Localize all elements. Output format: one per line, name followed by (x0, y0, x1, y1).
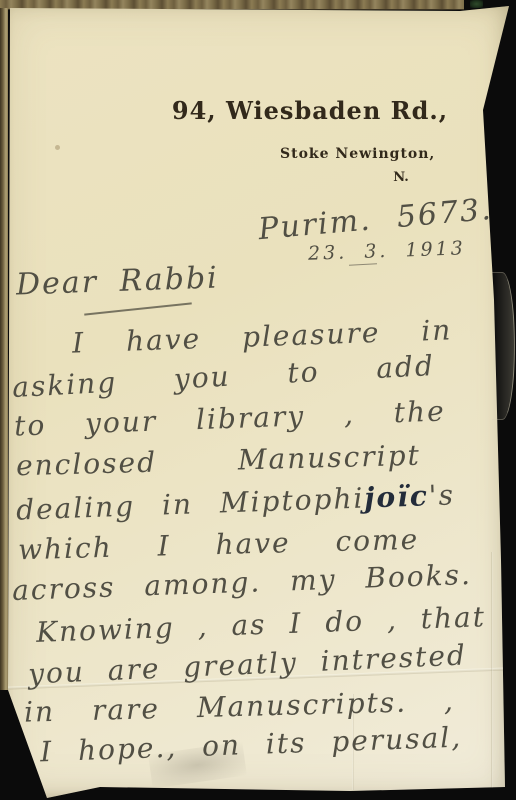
letter-photograph: 94, Wiesbaden Rd., Stoke Newington, N. P… (0, 0, 516, 800)
handwritten-line-5: dealing in Miptophijoïc's (16, 478, 456, 526)
line-5-text: dealing in Miptophi (16, 482, 365, 527)
line-5-suffix: 's (428, 478, 455, 512)
handwritten-line-11: I hope., on its perusal, (40, 721, 463, 769)
handwritten-line-7: across among. my Books. (12, 558, 473, 607)
handwritten-line-3: to your library , the (14, 394, 447, 442)
salutation-prefix: Dear (15, 264, 120, 303)
letter-page: 94, Wiesbaden Rd., Stoke Newington, N. P… (0, 0, 516, 800)
page-curl (492, 272, 515, 420)
date-underline (349, 263, 377, 265)
paper-spot (55, 145, 60, 150)
handwritten-line-4: enclosed Manuscript (16, 439, 422, 483)
handwritten-line-10: in rare Manuscripts. , (24, 684, 456, 728)
civil-date: 23. 3. 1913 (308, 237, 466, 264)
salutation-underline (84, 302, 192, 315)
handwritten-line-6: which I have come (18, 523, 420, 566)
fold-crease-vertical-right (491, 552, 493, 790)
salutation: Dear Rabbi (15, 260, 219, 302)
letterhead-address-line: 94, Wiesbaden Rd., (170, 96, 450, 125)
line-5-correction: joïc (364, 479, 430, 514)
letterhead-postal-line: N. (388, 170, 414, 185)
letterhead-district-line: Stoke Newington, (280, 146, 430, 162)
book-edge-left (0, 8, 8, 690)
salutation-name: Rabbi (119, 260, 219, 298)
binding-fleck (470, 0, 483, 8)
